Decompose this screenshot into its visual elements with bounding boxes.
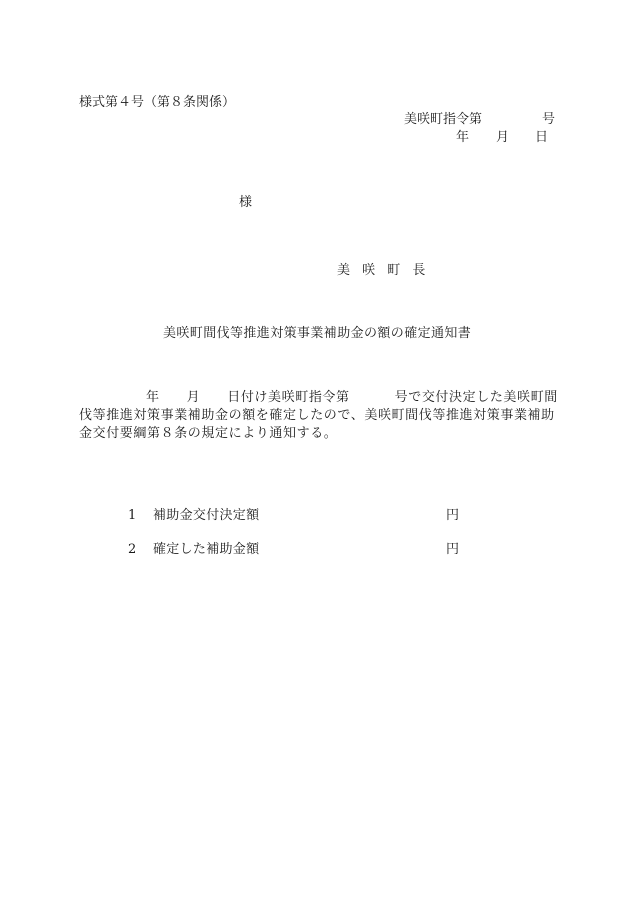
document-title: 美咲町間伐等推進対策事業補助金の額の確定通知書 <box>163 327 471 340</box>
order-prefix: 美咲町指令第 <box>404 112 482 127</box>
body-year-label: 年 <box>146 390 160 405</box>
amount-item-confirmed: 2 確定した補助金額 円 <box>128 543 468 577</box>
body-day-prefix: 日付け美咲町指令第 <box>227 390 349 405</box>
sender-name: 美 咲 町 長 <box>337 264 429 277</box>
form-number: 様式第４号（第８条関係） <box>79 96 235 109</box>
body-line1-rest: 号で交付決定した美咲町間 <box>395 390 558 405</box>
body-line-3: 金交付要綱第８条の規定により通知する。 <box>79 425 551 443</box>
item-number: 2 <box>128 543 136 556</box>
body-paragraph: 年月日付け美咲町指令第号で交付決定した美咲町間 伐等推進対策事業補助金の額を確定… <box>79 389 551 443</box>
amount-list: 1 補助金交付決定額 円 2 確定した補助金額 円 <box>128 509 468 577</box>
order-suffix: 号 <box>542 112 555 127</box>
addressee-suffix: 様 <box>239 196 252 209</box>
date-month-label: 月 <box>496 130 509 145</box>
body-month-label: 月 <box>187 390 201 405</box>
body-line-2: 伐等推進対策事業補助金の額を確定したので、美咲町間伐等推進対策事業補助 <box>79 407 551 425</box>
issue-date-line: 年月日 <box>456 131 548 144</box>
date-day-label: 日 <box>535 130 548 145</box>
order-number-line: 美咲町指令第号 <box>404 113 555 126</box>
item-label: 確定した補助金額 <box>153 543 259 556</box>
item-label: 補助金交付決定額 <box>153 509 259 522</box>
body-line-1: 年月日付け美咲町指令第号で交付決定した美咲町間 <box>79 389 551 407</box>
amount-item-decision: 1 補助金交付決定額 円 <box>128 509 468 543</box>
item-number: 1 <box>128 509 136 522</box>
item-unit-yen: 円 <box>446 543 459 556</box>
item-unit-yen: 円 <box>446 509 459 522</box>
date-year-label: 年 <box>456 130 469 145</box>
